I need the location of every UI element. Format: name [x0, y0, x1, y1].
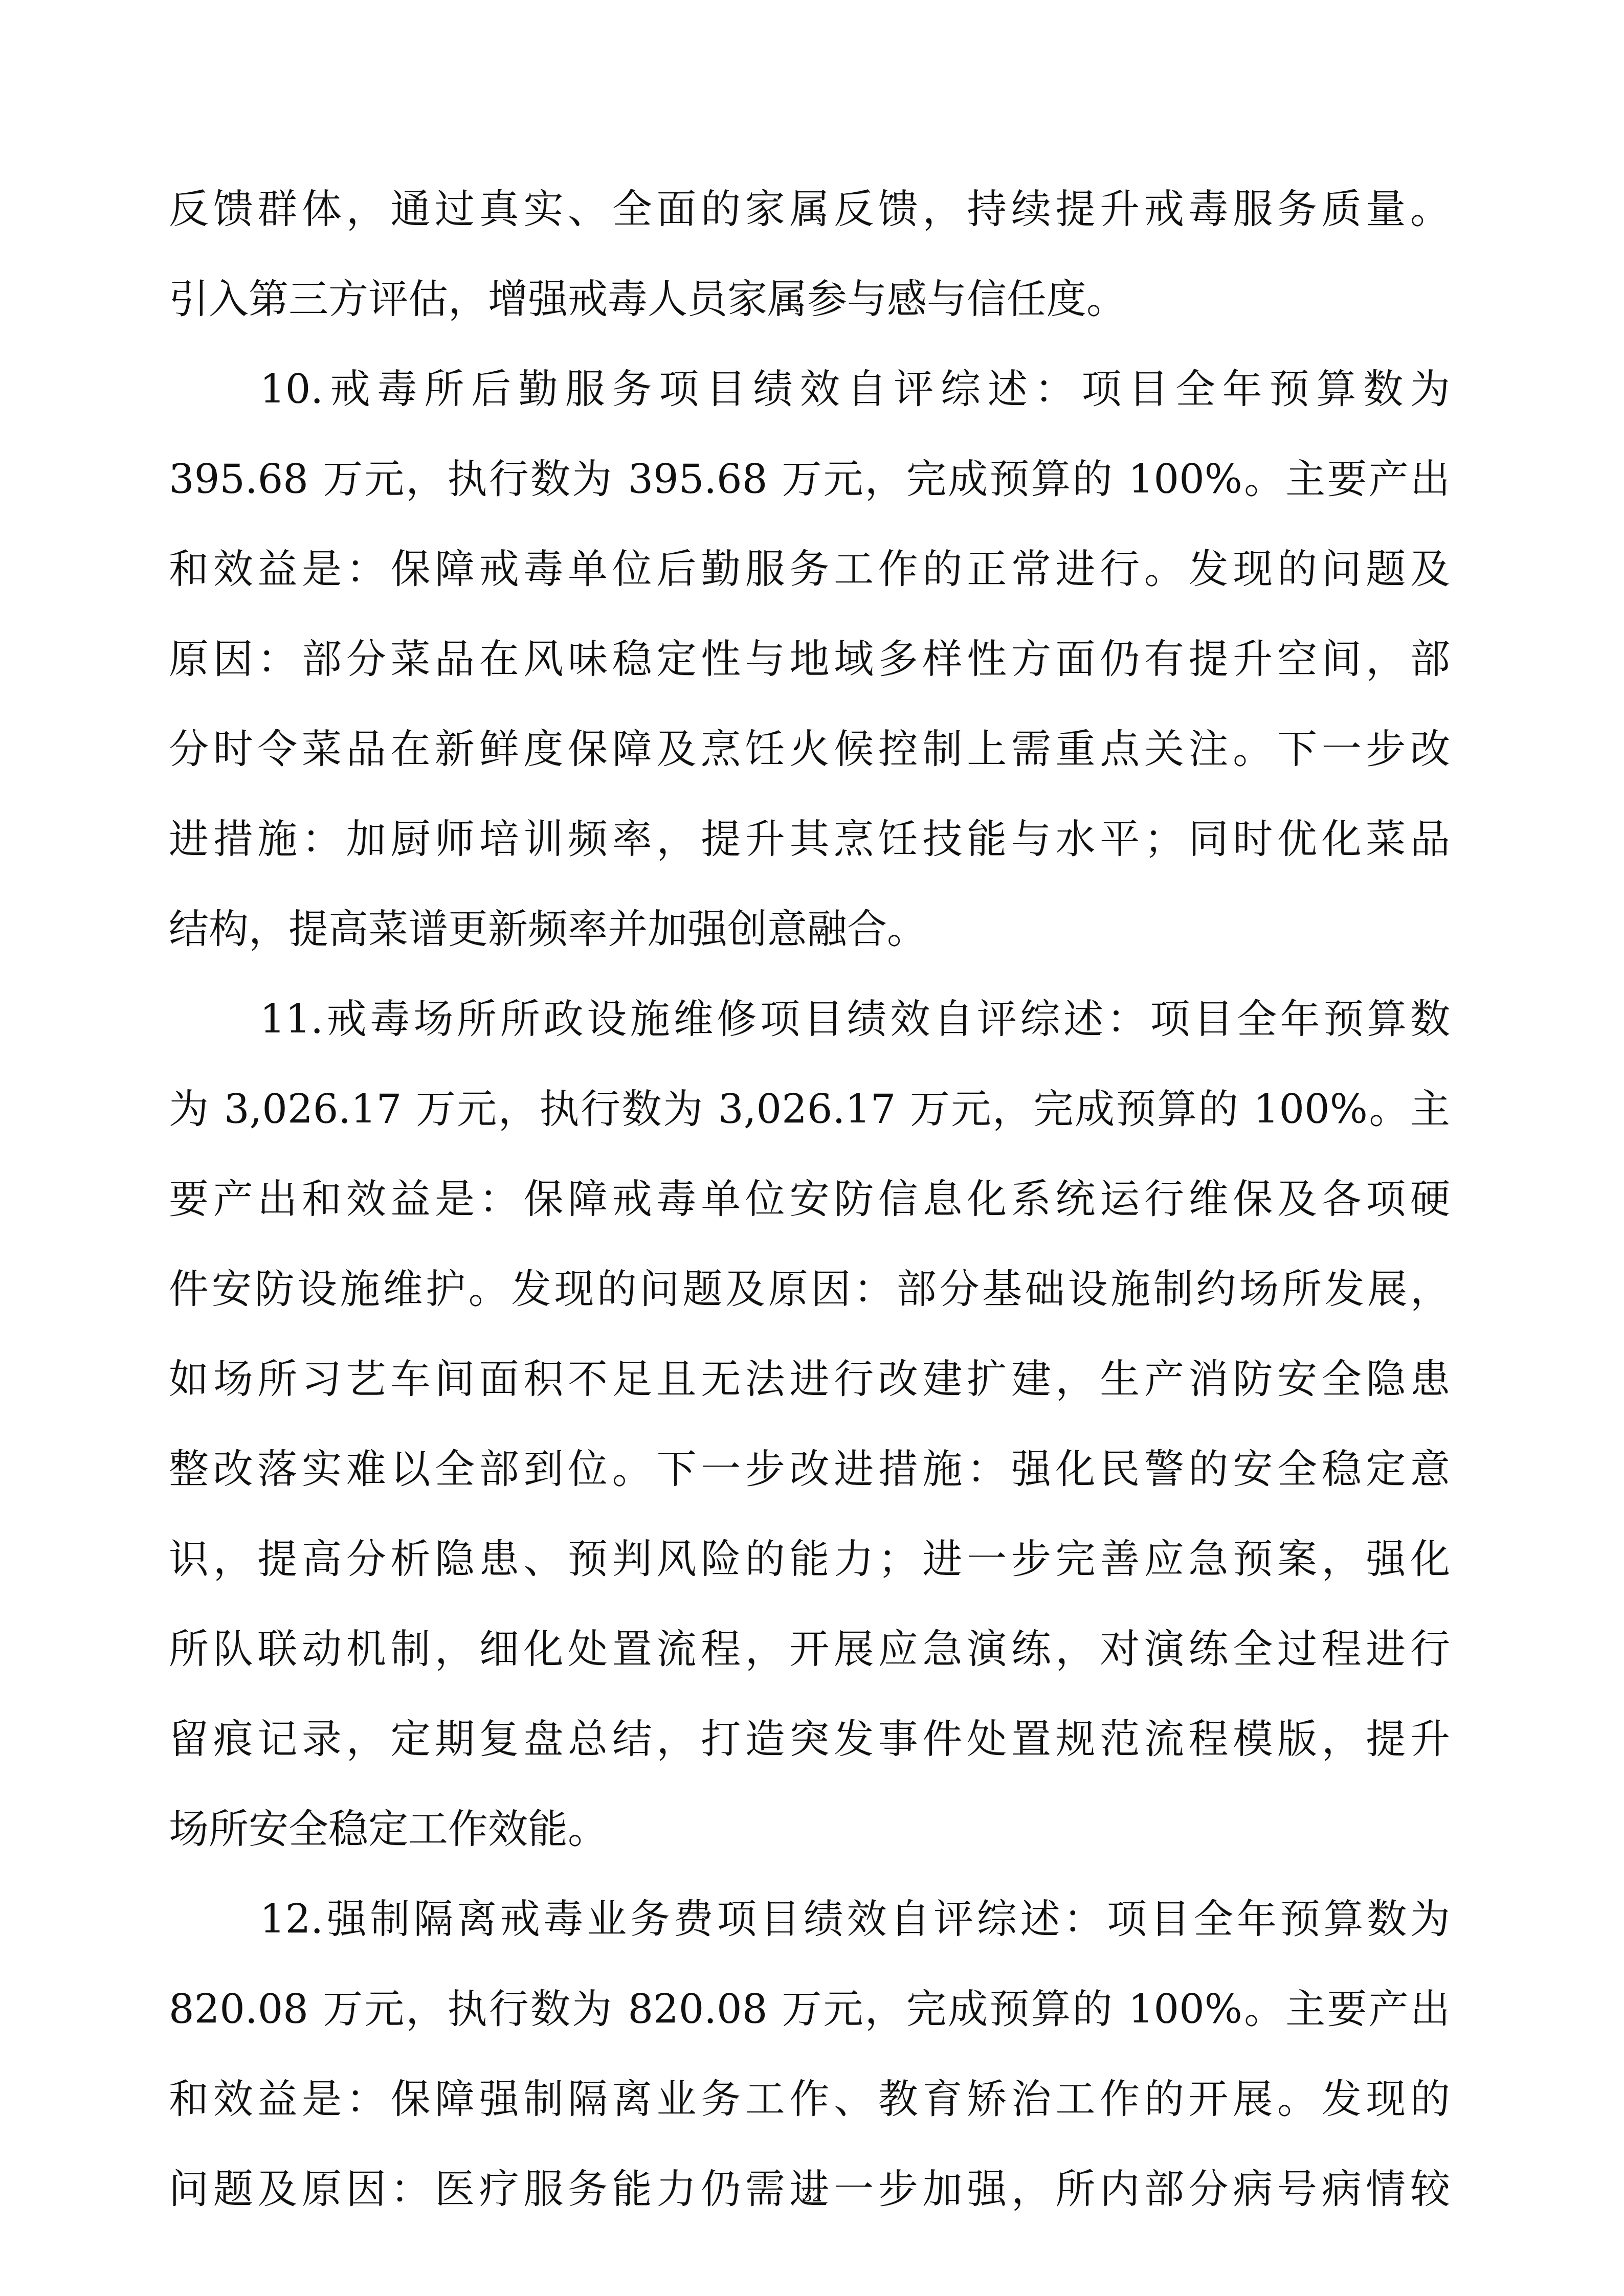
- text-line: 11.戒毒场所所政设施维修项目绩效自评综述：项目全年预算数: [169, 975, 1450, 1065]
- text-line: 原因：部分菜品在风味稳定性与地域多样性方面仍有提升空间，部: [169, 615, 1450, 705]
- text-line: 要产出和效益是：保障戒毒单位安防信息化系统运行维保及各项硬: [169, 1155, 1450, 1245]
- paragraph-item-10: 10.戒毒所后勤服务项目绩效自评综述：项目全年预算数为 395.68 万元，执行…: [169, 345, 1450, 975]
- text-line: 进措施：加厨师培训频率，提升其烹饪技能与水平；同时优化菜品: [169, 795, 1450, 885]
- text-line: 820.08 万元，执行数为 820.08 万元，完成预算的 100%。主要产出: [169, 1965, 1450, 2055]
- text-line: 引入第三方评估，增强戒毒人员家属参与感与信任度。: [169, 255, 1450, 345]
- text-line: 如场所习艺车间面积不足且无法进行改建扩建，生产消防安全隐患: [169, 1335, 1450, 1425]
- paragraph-item-11: 11.戒毒场所所政设施维修项目绩效自评综述：项目全年预算数 为 3,026.17…: [169, 975, 1450, 1875]
- text-line: 场所安全稳定工作效能。: [169, 1785, 1450, 1875]
- text-line: 为 3,026.17 万元，执行数为 3,026.17 万元，完成预算的 100…: [169, 1065, 1450, 1155]
- text-line: 12.强制隔离戒毒业务费项目绩效自评综述：项目全年预算数为: [169, 1875, 1450, 1965]
- body-text: 反馈群体，通过真实、全面的家属反馈，持续提升戒毒服务质量。 引入第三方评估，增强…: [169, 165, 1450, 2235]
- text-line: 反馈群体，通过真实、全面的家属反馈，持续提升戒毒服务质量。: [169, 165, 1450, 255]
- text-line: 留痕记录，定期复盘总结，打造突发事件处置规范流程模版，提升: [169, 1695, 1450, 1785]
- paragraph-item-12: 12.强制隔离戒毒业务费项目绩效自评综述：项目全年预算数为 820.08 万元，…: [169, 1875, 1450, 2235]
- text-line: 和效益是：保障戒毒单位后勤服务工作的正常进行。发现的问题及: [169, 525, 1450, 615]
- paragraph-continuation: 反馈群体，通过真实、全面的家属反馈，持续提升戒毒服务质量。 引入第三方评估，增强…: [169, 165, 1450, 345]
- document-page: 反馈群体，通过真实、全面的家属反馈，持续提升戒毒服务质量。 引入第三方评估，增强…: [0, 0, 1624, 2296]
- text-line: 10.戒毒所后勤服务项目绩效自评综述：项目全年预算数为: [169, 345, 1450, 435]
- text-line: 结构，提高菜谱更新频率并加强创意融合。: [169, 885, 1450, 975]
- page-number: 32: [0, 2182, 1624, 2207]
- text-line: 395.68 万元，执行数为 395.68 万元，完成预算的 100%。主要产出: [169, 435, 1450, 525]
- text-line: 分时令菜品在新鲜度保障及烹饪火候控制上需重点关注。下一步改: [169, 705, 1450, 795]
- text-line: 件安防设施维护。发现的问题及原因：部分基础设施制约场所发展，: [169, 1245, 1450, 1335]
- text-line: 和效益是：保障强制隔离业务工作、教育矫治工作的开展。发现的: [169, 2055, 1450, 2145]
- text-line: 整改落实难以全部到位。下一步改进措施：强化民警的安全稳定意: [169, 1425, 1450, 1515]
- text-line: 所队联动机制，细化处置流程，开展应急演练，对演练全过程进行: [169, 1605, 1450, 1695]
- text-line: 识，提高分析隐患、预判风险的能力；进一步完善应急预案，强化: [169, 1515, 1450, 1605]
